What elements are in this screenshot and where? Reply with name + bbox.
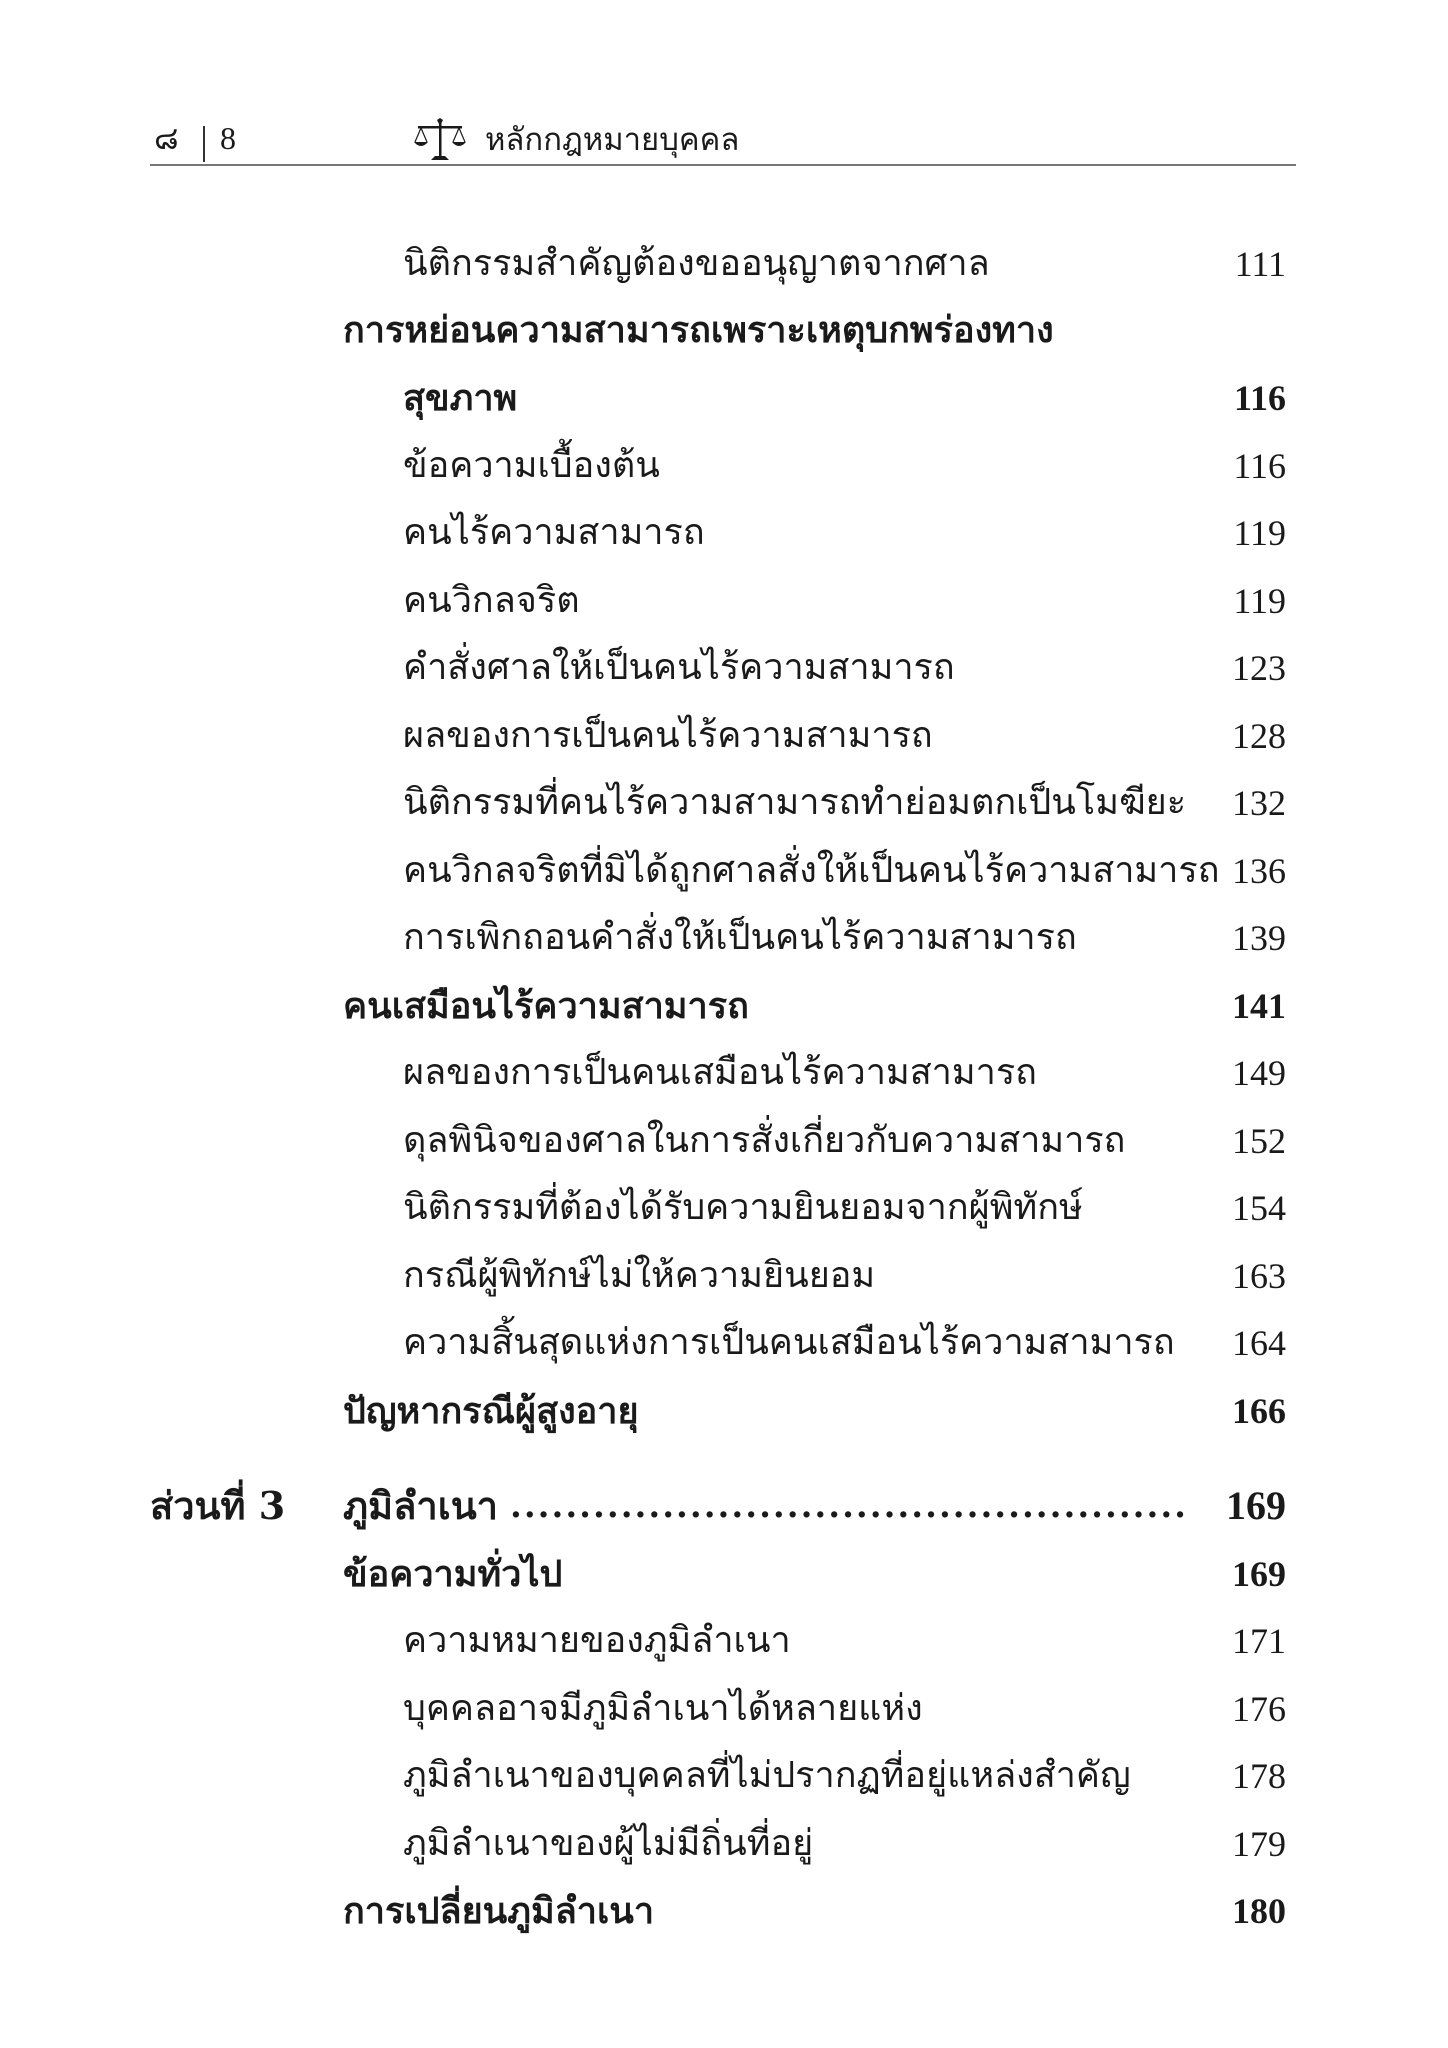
toc-entry: การเพิกถอนคำสั่งให้เป็นคนไร้ความสามารถ 1…: [150, 910, 1296, 966]
toc-entry-label: คนเสมือนไร้ความสามารถ: [343, 978, 749, 1034]
toc-entry-label: ความหมายของภูมิลำเนา: [403, 1613, 791, 1669]
toc-entry: นิติกรรมที่ต้องได้รับความยินยอมจากผู้พิท…: [150, 1180, 1296, 1236]
toc-entry-label: การเพิกถอนคำสั่งให้เป็นคนไร้ความสามารถ: [403, 910, 1077, 966]
toc-entry-label: ผลของการเป็นคนไร้ความสามารถ: [403, 708, 933, 764]
toc-entry-page: 171: [1232, 1613, 1286, 1669]
toc-entry: คนวิกลจริต 119: [150, 573, 1296, 629]
toc-entry: ความหมายของภูมิลำเนา 171: [150, 1613, 1296, 1669]
running-header: ๘ 8 หลักกฎหมายบุคคล: [150, 118, 1296, 166]
header-divider: [203, 126, 205, 162]
toc-section-heading: การเปลี่ยนภูมิลำเนา 180: [150, 1883, 1296, 1939]
toc-entry-label: ภูมิลำเนา: [343, 1478, 498, 1534]
toc-entry: บุคคลอาจมีภูมิลำเนาได้หลายแห่ง 176: [150, 1681, 1296, 1737]
toc-entry-label: การหย่อนความสามารถเพราะเหตุบกพร่องทาง: [343, 302, 1054, 358]
toc-entry-label: ดุลพินิจของศาลในการสั่งเกี่ยวกับความสามา…: [403, 1113, 1125, 1169]
toc-part-heading: ส่วนที่ 3 ภูมิลำเนา ....................…: [150, 1478, 1296, 1534]
toc-entry-page: 180: [1232, 1883, 1286, 1939]
toc-entry: กรณีผู้พิทักษ์ไม่ให้ความยินยอม 163: [150, 1248, 1296, 1304]
toc-entry: นิติกรรมสำคัญต้องขออนุญาตจากศาล 111: [150, 236, 1296, 292]
toc-entry-label: ภูมิลำเนาของผู้ไม่มีถิ่นที่อยู่: [403, 1816, 813, 1872]
toc-entry-label: นิติกรรมสำคัญต้องขออนุญาตจากศาล: [403, 236, 990, 292]
toc-section-heading: คนเสมือนไร้ความสามารถ 141: [150, 978, 1296, 1034]
toc-entry: ภูมิลำเนาของบุคคลที่ไม่ปรากฏที่อยู่แหล่ง…: [150, 1748, 1296, 1804]
toc-entry-page: 132: [1232, 775, 1286, 831]
book-title: หลักกฎหมายบุคคล: [485, 120, 739, 160]
toc-entry-label: ข้อความเบื้องต้น: [403, 438, 660, 494]
toc-entry-page: 149: [1232, 1045, 1286, 1101]
toc-entry-page: 169: [1226, 1478, 1286, 1534]
toc-entry-page: 116: [1234, 370, 1286, 426]
toc-entry-page: 154: [1232, 1180, 1286, 1236]
toc-entry: คำสั่งศาลให้เป็นคนไร้ความสามารถ 123: [150, 640, 1296, 696]
toc-entry-page: 164: [1232, 1315, 1286, 1371]
toc-entry: ข้อความเบื้องต้น 116: [150, 438, 1296, 494]
part-number: ส่วนที่ 3: [150, 1478, 285, 1534]
toc-entry-label: คนวิกลจริต: [403, 573, 580, 629]
toc-entry-page: 169: [1232, 1546, 1286, 1602]
toc-entry-page: 116: [1233, 438, 1286, 494]
toc-entry: คนไร้ความสามารถ 119: [150, 505, 1296, 561]
page-number-thai: ๘: [154, 118, 179, 158]
page-number-arabic: 8: [220, 118, 236, 158]
toc-entry-label: ข้อความทั่วไป: [343, 1546, 562, 1602]
toc-entry-page: 139: [1232, 910, 1286, 966]
toc-entry-label: คำสั่งศาลให้เป็นคนไร้ความสามารถ: [403, 640, 955, 696]
toc-entry-page: 123: [1232, 640, 1286, 696]
toc-entry: ผลของการเป็นคนเสมือนไร้ความสามารถ 149: [150, 1045, 1296, 1101]
toc-entry-page: 178: [1232, 1748, 1286, 1804]
toc-entry-label: บุคคลอาจมีภูมิลำเนาได้หลายแห่ง: [403, 1681, 923, 1737]
toc-entry-page: 141: [1232, 978, 1286, 1034]
toc-entry-page: 136: [1232, 843, 1286, 899]
toc-entry: ดุลพินิจของศาลในการสั่งเกี่ยวกับความสามา…: [150, 1113, 1296, 1169]
toc-entry-label: ผลของการเป็นคนเสมือนไร้ความสามารถ: [403, 1045, 1037, 1101]
toc-entry-page: 152: [1232, 1113, 1286, 1169]
toc-entry: ความสิ้นสุดแห่งการเป็นคนเสมือนไร้ความสาม…: [150, 1315, 1296, 1371]
toc-entry-label: ภูมิลำเนาของบุคคลที่ไม่ปรากฏที่อยู่แหล่ง…: [403, 1748, 1131, 1804]
dot-leader: ........................................…: [510, 1478, 1186, 1534]
toc-section-heading: ข้อความทั่วไป 169: [150, 1546, 1296, 1602]
toc-entry-page: 163: [1232, 1248, 1286, 1304]
toc-entry-page: 111: [1235, 236, 1286, 292]
toc-entry: คนวิกลจริตที่มิได้ถูกศาลสั่งให้เป็นคนไร้…: [150, 843, 1296, 899]
toc-entry-label: ปัญหากรณีผู้สูงอายุ: [343, 1383, 639, 1439]
toc-entry-label: นิติกรรมที่คนไร้ความสามารถทำย่อมตกเป็นโม…: [403, 775, 1186, 831]
toc-entry: นิติกรรมที่คนไร้ความสามารถทำย่อมตกเป็นโม…: [150, 775, 1296, 831]
toc-entry: ผลของการเป็นคนไร้ความสามารถ 128: [150, 708, 1296, 764]
toc-entry-page: 176: [1232, 1681, 1286, 1737]
toc-entry-label: การเปลี่ยนภูมิลำเนา: [343, 1883, 654, 1939]
toc-section-heading: ปัญหากรณีผู้สูงอายุ 166: [150, 1383, 1296, 1439]
toc-entry: ภูมิลำเนาของผู้ไม่มีถิ่นที่อยู่ 179: [150, 1816, 1296, 1872]
toc-entry-label: คนไร้ความสามารถ: [403, 505, 705, 561]
toc-entry-label: นิติกรรมที่ต้องได้รับความยินยอมจากผู้พิท…: [403, 1180, 1083, 1236]
toc-entry-label: คนวิกลจริตที่มิได้ถูกศาลสั่งให้เป็นคนไร้…: [403, 843, 1220, 899]
toc-section-heading: การหย่อนความสามารถเพราะเหตุบกพร่องทาง: [150, 302, 1296, 358]
toc-entry-page: 128: [1232, 708, 1286, 764]
scales-of-justice-icon: [413, 118, 467, 162]
toc-entry-label: สุขภาพ: [403, 370, 517, 426]
toc-entry-page: 179: [1232, 1816, 1286, 1872]
toc-entry-page: 166: [1232, 1383, 1286, 1439]
toc-section-heading-continued: สุขภาพ 116: [150, 370, 1296, 426]
toc-entry-page: 119: [1233, 505, 1286, 561]
toc-entry-label: ความสิ้นสุดแห่งการเป็นคนเสมือนไร้ความสาม…: [403, 1315, 1175, 1371]
toc-entry-page: 119: [1233, 573, 1286, 629]
toc-entry-label: กรณีผู้พิทักษ์ไม่ให้ความยินยอม: [403, 1248, 875, 1304]
